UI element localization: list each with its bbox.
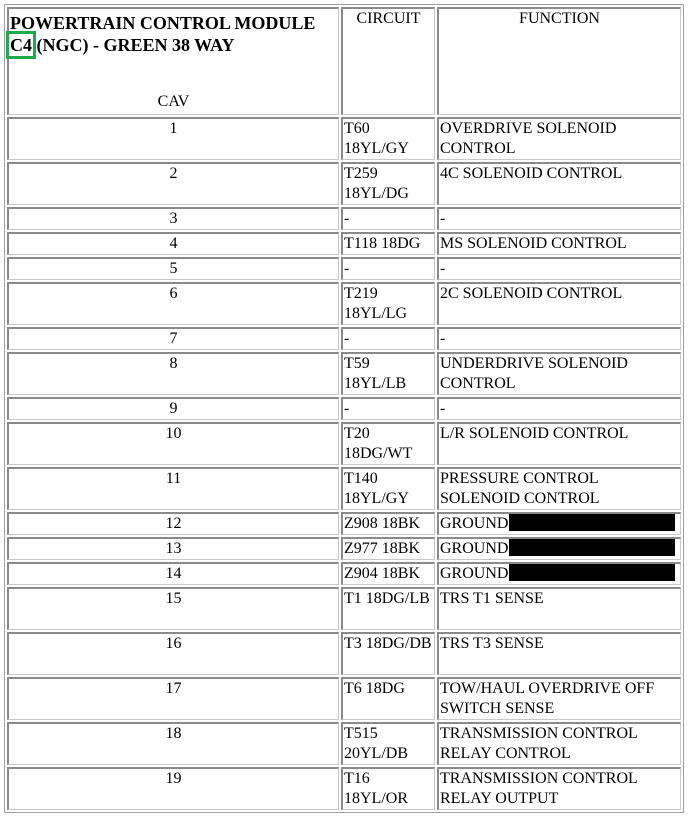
table-row: 9-- [7,397,681,420]
circuit-cell: - [341,397,435,420]
circuit-cell: Z908 18BK [341,512,435,535]
circuit-cell: T118 18DG [341,232,435,255]
circuit-column-header: CIRCUIT [341,7,435,115]
cav-cell: 12 [7,512,339,535]
function-cell: 4C SOLENOID CONTROL [437,162,681,205]
table-row: 11T140 18YL/GYPRESSURE CONTROL SOLENOID … [7,467,681,510]
cav-cell: 7 [7,327,339,350]
circuit-cell: Z977 18BK [341,537,435,560]
table-row: 3-- [7,207,681,230]
function-column-header: FUNCTION [437,7,681,115]
cav-cell: 9 [7,397,339,420]
cav-cell: 15 [7,587,339,630]
table-row: 8T59 18YL/LBUNDERDRIVE SOLENOID CONTROL [7,352,681,395]
table-row: 6T219 18YL/LG2C SOLENOID CONTROL [7,282,681,325]
circuit-cell: T1 18DG/LB [341,587,435,630]
table-row: 2T259 18YL/DG4C SOLENOID CONTROL [7,162,681,205]
circuit-cell: T59 18YL/LB [341,352,435,395]
function-cell: - [437,327,681,350]
cav-cell: 4 [7,232,339,255]
circuit-cell: T60 18YL/GY [341,117,435,160]
function-cell: PRESSURE CONTROL SOLENOID CONTROL [437,467,681,510]
function-cell: MS SOLENOID CONTROL [437,232,681,255]
circuit-cell: T219 18YL/LG [341,282,435,325]
circuit-cell: T20 18DG/WT [341,422,435,465]
table-row: 13Z977 18BKGROUND [7,537,681,560]
cav-cell: 14 [7,562,339,585]
redaction-bar [509,564,675,581]
function-cell: 2C SOLENOID CONTROL [437,282,681,325]
connector-title: POWERTRAIN CONTROL MODULE C4 (NGC) - GRE… [10,9,337,56]
table-row: 18T515 20YL/DBTRANSMISSION CONTROL RELAY… [7,722,681,765]
cav-cell: 3 [7,207,339,230]
circuit-cell: T140 18YL/GY [341,467,435,510]
cav-cell: 19 [7,767,339,810]
cav-cell: 10 [7,422,339,465]
function-cell: TRANSMISSION CONTROL RELAY CONTROL [437,722,681,765]
function-text: GROUND [440,565,508,582]
cav-cell: 6 [7,282,339,325]
function-cell: TRS T1 SENSE [437,587,681,630]
table-row: 17T6 18DGTOW/HAUL OVERDRIVE OFF SWITCH S… [7,677,681,720]
circuit-cell: Z904 18BK [341,562,435,585]
function-text: GROUND [440,540,508,557]
redaction-bar [509,539,675,556]
circuit-cell: T16 18YL/OR [341,767,435,810]
function-cell: OVERDRIVE SOLENOID CONTROL [437,117,681,160]
function-cell: GROUND [437,562,681,585]
circuit-cell: T3 18DG/DB [341,632,435,675]
function-cell: - [437,397,681,420]
function-cell: TRS T3 SENSE [437,632,681,675]
table-row: 15T1 18DG/LBTRS T1 SENSE [7,587,681,630]
circuit-cell: - [341,257,435,280]
function-cell: TRANSMISSION CONTROL RELAY OUTPUT [437,767,681,810]
table-row: 4T118 18DGMS SOLENOID CONTROL [7,232,681,255]
cav-cell: 16 [7,632,339,675]
function-text: GROUND [440,515,508,532]
circuit-cell: - [341,207,435,230]
function-cell: UNDERDRIVE SOLENOID CONTROL [437,352,681,395]
cav-cell: 1 [7,117,339,160]
connector-id-highlight: C4 [10,35,32,55]
function-cell: GROUND [437,512,681,535]
circuit-cell: T6 18DG [341,677,435,720]
cav-cell: 5 [7,257,339,280]
cav-cell: 18 [7,722,339,765]
redaction-bar [509,514,675,531]
cav-cell: 13 [7,537,339,560]
table-row: 10T20 18DG/WTL/R SOLENOID CONTROL [7,422,681,465]
function-cell: - [437,257,681,280]
table-row: 14Z904 18BKGROUND [7,562,681,585]
table-header-row: POWERTRAIN CONTROL MODULE C4 (NGC) - GRE… [7,7,681,115]
circuit-cell: - [341,327,435,350]
connector-title-cell: POWERTRAIN CONTROL MODULE C4 (NGC) - GRE… [7,7,339,115]
cav-column-header: CAV [9,92,338,112]
table-row: 19T16 18YL/ORTRANSMISSION CONTROL RELAY … [7,767,681,810]
circuit-cell: T259 18YL/DG [341,162,435,205]
function-cell: GROUND [437,537,681,560]
table-row: 1T60 18YL/GYOVERDRIVE SOLENOID CONTROL [7,117,681,160]
cav-cell: 8 [7,352,339,395]
function-cell: TOW/HAUL OVERDRIVE OFF SWITCH SENSE [437,677,681,720]
table-row: 5-- [7,257,681,280]
connector-pinout-table: POWERTRAIN CONTROL MODULE C4 (NGC) - GRE… [4,4,684,813]
circuit-cell: T515 20YL/DB [341,722,435,765]
function-cell: L/R SOLENOID CONTROL [437,422,681,465]
cav-cell: 2 [7,162,339,205]
table-row: 16T3 18DG/DBTRS T3 SENSE [7,632,681,675]
cav-cell: 17 [7,677,339,720]
table-row: 12Z908 18BKGROUND [7,512,681,535]
function-cell: - [437,207,681,230]
table-row: 7-- [7,327,681,350]
cav-cell: 11 [7,467,339,510]
